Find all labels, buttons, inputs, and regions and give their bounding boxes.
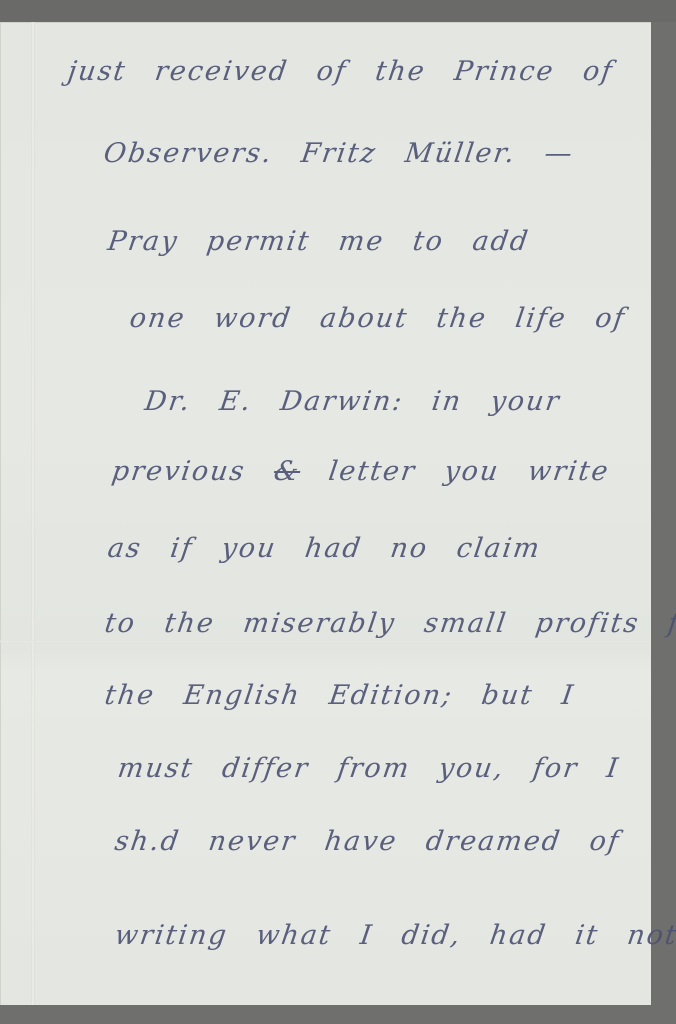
handwritten-line-3: Pray permit me to add	[106, 226, 532, 257]
handwritten-line-10: must differ from you, for I	[116, 753, 622, 784]
handwritten-line-5: Dr. E. Darwin: in your	[143, 386, 563, 417]
handwritten-line-2: Observers. Fritz Müller. —	[102, 138, 576, 169]
handwritten-line-12: writing what I did, had it not	[113, 920, 676, 951]
handwritten-line-1: just received of the Prince of	[66, 56, 616, 87]
letter-page: just received of the Prince of Observers…	[0, 22, 651, 1005]
handwritten-line-8: to the miserably small profits from	[103, 608, 676, 639]
struck-ampersand: &	[272, 456, 302, 487]
scan-background-top	[0, 0, 676, 22]
handwritten-line-4: one word about the life of	[128, 303, 628, 334]
horizontal-fold-crease	[0, 640, 651, 643]
vertical-fold-crease	[31, 22, 35, 1005]
handwritten-line-9: the English Edition; but I	[103, 680, 577, 711]
line-6-end: letter you write	[327, 456, 612, 487]
handwritten-line-6: previous & letter you write	[110, 456, 612, 487]
handwritten-line-11: sh.d never have dreamed of	[113, 826, 622, 857]
handwritten-line-7: as if you had no claim	[106, 533, 543, 564]
line-6-start: previous	[110, 456, 248, 487]
